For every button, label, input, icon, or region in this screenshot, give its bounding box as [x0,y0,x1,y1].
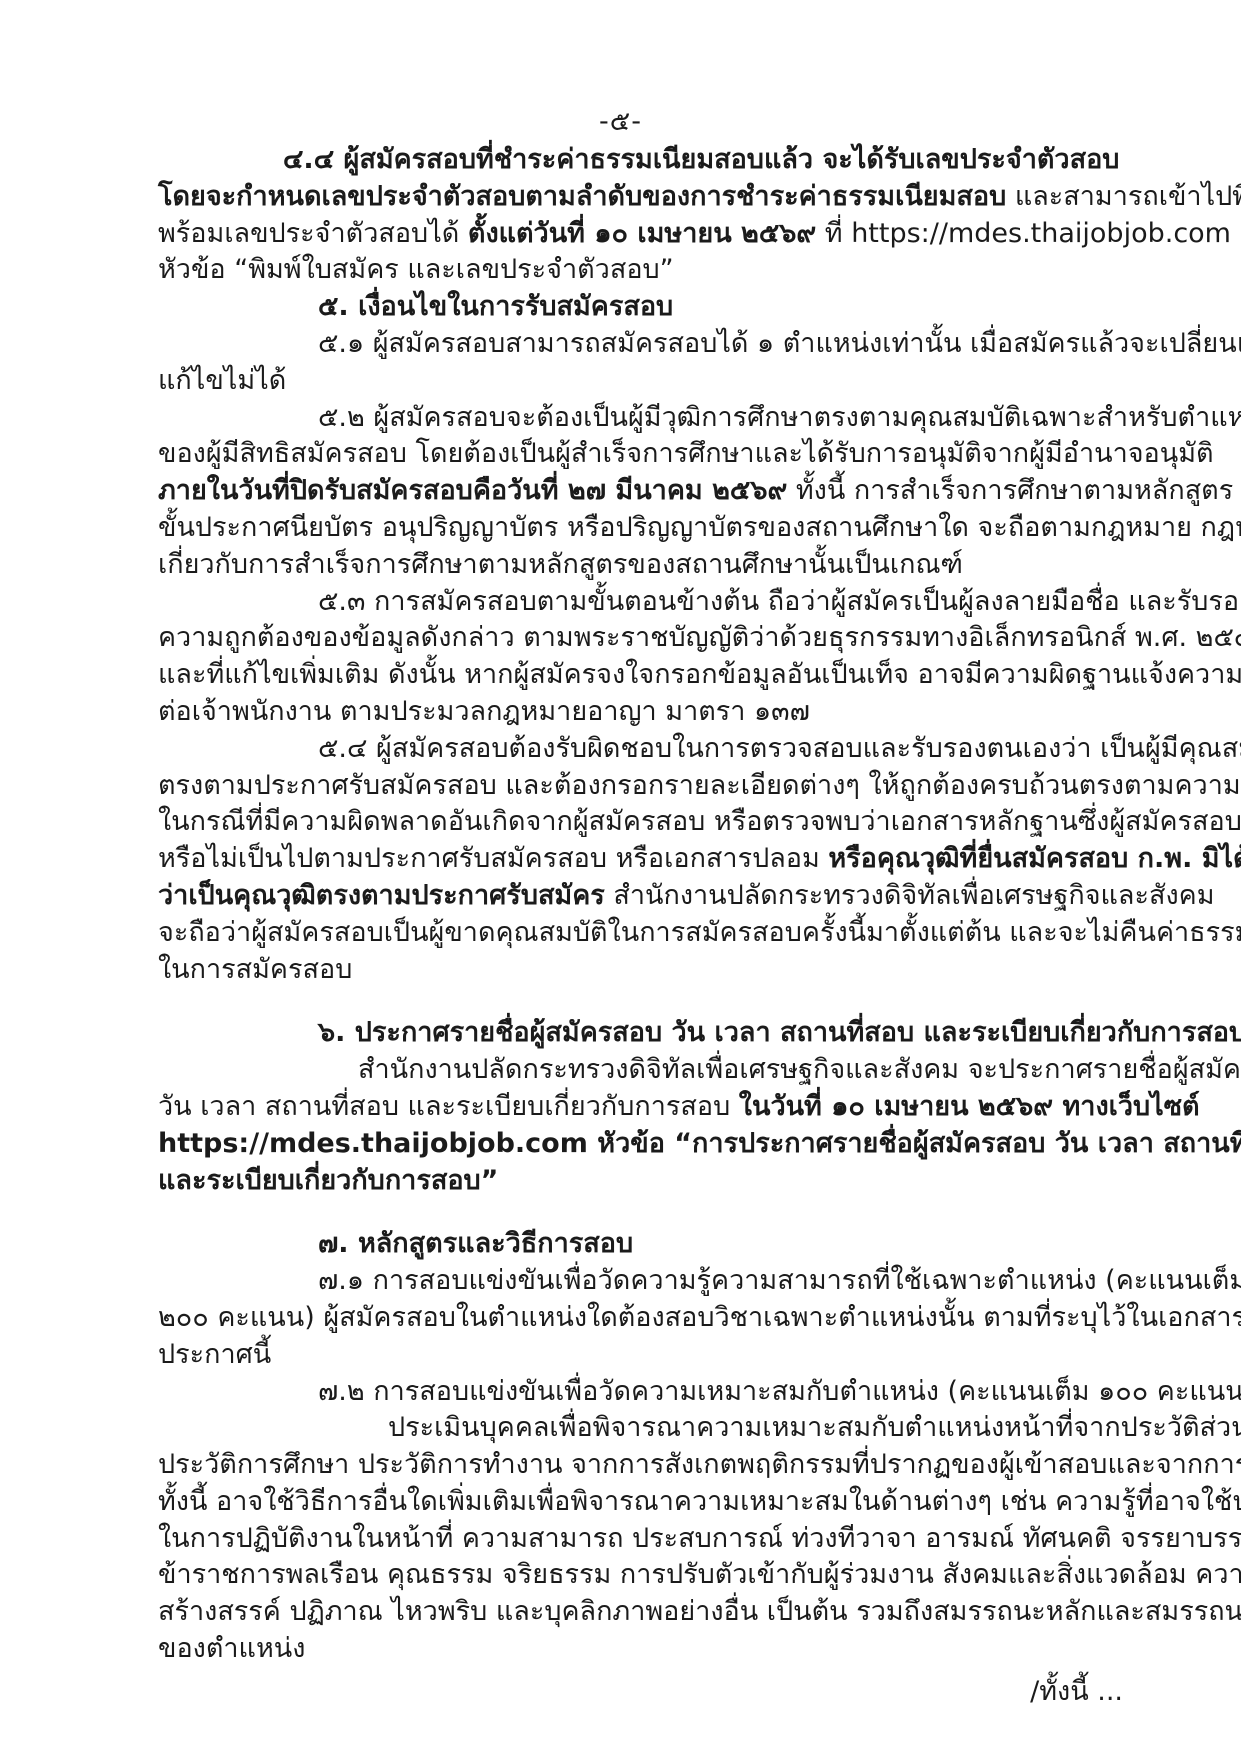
text-run: ในวันที่ ๑๐ เมษายน ๒๕๖๙ ทางเว็บไซต์ [739,1091,1200,1122]
clause-5-3: ๕.๓ การสมัครสอบตามขั้นตอนข้างต้น ถือว่าผ… [158,584,1123,731]
text-line: ภายในวันที่ปิดรับสมัครสอบคือวันที่ ๒๗ มี… [158,473,1123,510]
text-run: ๕. เงื่อนไขในการรับสมัครสอบ [318,291,673,322]
text-run: สำนักงานปลัดกระทรวงดิจิทัลเพื่อเศรษฐกิจแ… [605,880,1215,911]
text-run: ๔.๔ ผู้สมัครสอบที่ชำระค่าธรรมเนียมสอบแล้… [283,144,1119,175]
text-run: จะถือว่าผู้สมัครสอบเป็นผู้ขาดคุณสมบัติใน… [158,917,1241,948]
document-page: -๕- ๔.๔ ผู้สมัครสอบที่ชำระค่าธรรมเนียมสอ… [0,0,1241,1755]
text-run: ขั้นประกาศนียบัตร อนุปริญญาบัตร หรือปริญ… [158,512,1241,543]
text-line: หัวข้อ “พิมพ์ใบสมัคร และเลขประจำตัวสอบ” [158,252,1123,289]
text-line: ๗. หลักสูตรและวิธีการสอบ [158,1226,1123,1263]
text-line: ๒๐๐ คะแนน) ผู้สมัครสอบในตำแหน่งใดต้องสอบ… [158,1300,1123,1337]
clause-5-2: ๕.๒ ผู้สมัครสอบจะต้องเป็นผู้มีวุฒิการศึก… [158,400,1123,584]
text-run: ความถูกต้องของข้อมูลดังกล่าว ตามพระราชบั… [158,622,1241,653]
text-line: พร้อมเลขประจำตัวสอบได้ ตั้งแต่วันที่ ๑๐ … [158,216,1123,253]
text-line: ขั้นประกาศนียบัตร อนุปริญญาบัตร หรือปริญ… [158,510,1123,547]
text-run: หัวข้อ “พิมพ์ใบสมัคร และเลขประจำตัวสอบ” [158,254,674,285]
text-line: สำนักงานปลัดกระทรวงดิจิทัลเพื่อเศรษฐกิจแ… [158,1052,1123,1089]
text-run: ๕.๒ ผู้สมัครสอบจะต้องเป็นผู้มีวุฒิการศึก… [318,402,1241,433]
text-line: สร้างสรรค์ ปฏิภาณ ไหวพริบ และบุคลิกภาพอย… [158,1594,1123,1631]
text-line: /ทั้งนี้ ... [158,1674,1123,1711]
text-line: ว่าเป็นคุณวุฒิตรงตามประกาศรับสมัคร สำนัก… [158,878,1123,915]
text-run: ภายในวันที่ปิดรับสมัครสอบคือวันที่ ๒๗ มี… [158,475,787,506]
text-line: ๕.๓ การสมัครสอบตามขั้นตอนข้างต้น ถือว่าผ… [158,584,1123,621]
text-run: ในการปฏิบัติงานในหน้าที่ ความสามารถ ประส… [158,1523,1241,1554]
text-run: ข้าราชการพลเรือน คุณธรรม จริยธรรม การปรั… [158,1559,1241,1590]
clause-5-1: ๕.๑ ผู้สมัครสอบสามารถสมัครสอบได้ ๑ ตำแหน… [158,326,1123,400]
text-line: ของผู้มีสิทธิสมัครสอบ โดยต้องเป็นผู้สำเร… [158,436,1123,473]
text-line: ประกาศนี้ [158,1337,1123,1374]
text-line: ประเมินบุคคลเพื่อพิจารณาความเหมาะสมกับตำ… [158,1410,1123,1447]
text-run: ๕.๓ การสมัครสอบตามขั้นตอนข้างต้น ถือว่าผ… [318,586,1241,617]
text-line: ความถูกต้องของข้อมูลดังกล่าว ตามพระราชบั… [158,620,1123,657]
url-text: https://mdes.thaijobjob.com [851,218,1231,249]
text-run: โดยจะกำหนดเลขประจำตัวสอบตามลำดับของการชำ… [158,181,1006,212]
section-7-heading: ๗. หลักสูตรและวิธีการสอบ [158,1226,1123,1263]
text-line: และที่แก้ไขเพิ่มเติม ดังนั้น หากผู้สมัคร… [158,657,1123,694]
text-line: ของตำแหน่ง [158,1631,1123,1668]
text-run: ว่าเป็นคุณวุฒิตรงตามประกาศรับสมัคร [158,880,605,911]
text-run: แก้ไขไม่ได้ [158,365,286,396]
text-run: ๒๐๐ คะแนน) ผู้สมัครสอบในตำแหน่งใดต้องสอบ… [158,1302,1241,1333]
clause-4-4: ๔.๔ ผู้สมัครสอบที่ชำระค่าธรรมเนียมสอบแล้… [158,142,1123,289]
text-run: เกี่ยวกับการสำเร็จการศึกษาตามหลักสูตรของ… [158,549,963,580]
text-line: และระเบียบเกี่ยวกับการสอบ” [158,1163,1123,1200]
text-line: ๖. ประกาศรายชื่อผู้สมัครสอบ วัน เวลา สถา… [158,1015,1123,1052]
text-run: ในกรณีที่มีความผิดพลาดอันเกิดจากผู้สมัคร… [158,806,1241,837]
text-line: https://mdes.thaijobjob.com หัวข้อ “การป… [158,1126,1123,1163]
text-line: วัน เวลา สถานที่สอบ และระเบียบเกี่ยวกับก… [158,1089,1123,1126]
text-run: ทั้งนี้ อาจใช้วิธีการอื่นใดเพิ่มเติมเพื่… [158,1486,1241,1517]
text-run: และระเบียบเกี่ยวกับการสอบ” [158,1165,498,1196]
text-run: ประเมินบุคคลเพื่อพิจารณาความเหมาะสมกับตำ… [388,1412,1241,1443]
clause-7-1: ๗.๑ การสอบแข่งขันเพื่อวัดความรู้ความสามา… [158,1263,1123,1373]
text-run: /ทั้งนี้ ... [1030,1676,1123,1707]
text-run: ของผู้มีสิทธิสมัครสอบ โดยต้องเป็นผู้สำเร… [158,438,1214,469]
text-line: ในการปฏิบัติงานในหน้าที่ ความสามารถ ประส… [158,1521,1123,1558]
text-line: ๔.๔ ผู้สมัครสอบที่ชำระค่าธรรมเนียมสอบแล้… [158,142,1123,179]
text-run: ในการสมัครสอบ [158,954,352,985]
text-run: และที่แก้ไขเพิ่มเติม ดังนั้น หากผู้สมัคร… [158,659,1241,690]
text-run: ตั้งแต่วันที่ ๑๐ เมษายน ๒๕๖๙ [468,218,816,249]
text-line: ๕. เงื่อนไขในการรับสมัครสอบ [158,289,1123,326]
text-run: ทั้งนี้ การสำเร็จการศึกษาตามหลักสูตร [787,475,1233,506]
text-run: ของตำแหน่ง [158,1633,305,1664]
text-run: ต่อเจ้าพนักงาน ตามประมวลกฎหมายอาญา มาตรา… [158,696,810,727]
text-run: ๖. ประกาศรายชื่อผู้สมัครสอบ วัน เวลา สถา… [318,1017,1241,1048]
page-number: -๕- [0,102,1241,142]
text-line: ๕.๔ ผู้สมัครสอบต้องรับผิดชอบในการตรวจสอบ… [158,731,1123,768]
document-body: ๔.๔ ผู้สมัครสอบที่ชำระค่าธรรมเนียมสอบแล้… [0,142,1241,1711]
text-line: ๗.๑ การสอบแข่งขันเพื่อวัดความรู้ความสามา… [158,1263,1123,1300]
section-5-heading: ๕. เงื่อนไขในการรับสมัครสอบ [158,289,1123,326]
text-line: แก้ไขไม่ได้ [158,363,1123,400]
section-6-body: สำนักงานปลัดกระทรวงดิจิทัลเพื่อเศรษฐกิจแ… [158,1052,1123,1199]
continuation-mark: /ทั้งนี้ ... [158,1674,1123,1711]
text-line: ข้าราชการพลเรือน คุณธรรม จริยธรรม การปรั… [158,1557,1123,1594]
text-run: สร้างสรรค์ ปฏิภาณ ไหวพริบ และบุคลิกภาพอย… [158,1596,1241,1627]
text-run: พร้อมเลขประจำตัวสอบได้ [158,218,468,249]
text-run: ประกาศนี้ [158,1339,271,1370]
text-line: ตรงตามประกาศรับสมัครสอบ และต้องกรอกรายละ… [158,768,1123,805]
text-line: จะถือว่าผู้สมัครสอบเป็นผู้ขาดคุณสมบัติใน… [158,915,1123,952]
text-run: สำนักงานปลัดกระทรวงดิจิทัลเพื่อเศรษฐกิจแ… [358,1054,1241,1085]
text-line: ประวัติการศึกษา ประวัติการทำงาน จากการสั… [158,1447,1123,1484]
text-line: ต่อเจ้าพนักงาน ตามประมวลกฎหมายอาญา มาตรา… [158,694,1123,731]
text-run: หรือคุณวุฒิที่ยื่นสมัครสอบ ก.พ. มิได้รับ… [828,843,1241,874]
text-line: ๕.๑ ผู้สมัครสอบสามารถสมัครสอบได้ ๑ ตำแหน… [158,326,1123,363]
text-line: หรือไม่เป็นไปตามประกาศรับสมัครสอบ หรือเอ… [158,841,1123,878]
section-6-heading: ๖. ประกาศรายชื่อผู้สมัครสอบ วัน เวลา สถา… [158,1015,1123,1052]
clause-7-2: ๗.๒ การสอบแข่งขันเพื่อวัดความเหมาะสมกับต… [158,1374,1123,1411]
text-line: ๗.๒ การสอบแข่งขันเพื่อวัดความเหมาะสมกับต… [158,1374,1123,1411]
clause-7-2-body: ประเมินบุคคลเพื่อพิจารณาความเหมาะสมกับตำ… [158,1410,1123,1668]
text-run: ตรงตามประกาศรับสมัครสอบ และต้องกรอกรายละ… [158,770,1241,801]
text-run: ที่ [816,218,851,249]
text-line: ในกรณีที่มีความผิดพลาดอันเกิดจากผู้สมัคร… [158,804,1123,841]
clause-5-4: ๕.๔ ผู้สมัครสอบต้องรับผิดชอบในการตรวจสอบ… [158,731,1123,989]
text-run: และสามารถเข้าไปพิมพ์ใบสมัคร [1006,181,1241,212]
text-line: ๕.๒ ผู้สมัครสอบจะต้องเป็นผู้มีวุฒิการศึก… [158,400,1123,437]
text-run: หัวข้อ “การประกาศรายชื่อผู้สมัครสอบ วัน … [588,1128,1241,1159]
text-run: หรือไม่เป็นไปตามประกาศรับสมัครสอบ หรือเอ… [158,843,828,874]
text-run: ๕.๔ ผู้สมัครสอบต้องรับผิดชอบในการตรวจสอบ… [318,733,1241,764]
url-text: https://mdes.thaijobjob.com [158,1128,588,1159]
text-line: โดยจะกำหนดเลขประจำตัวสอบตามลำดับของการชำ… [158,179,1123,216]
text-line: เกี่ยวกับการสำเร็จการศึกษาตามหลักสูตรของ… [158,547,1123,584]
text-run: ๗.๒ การสอบแข่งขันเพื่อวัดความเหมาะสมกับต… [318,1376,1241,1407]
text-run: ๗.๑ การสอบแข่งขันเพื่อวัดความรู้ความสามา… [318,1265,1241,1296]
text-run: ๕.๑ ผู้สมัครสอบสามารถสมัครสอบได้ ๑ ตำแหน… [318,328,1241,359]
text-run: ประวัติการศึกษา ประวัติการทำงาน จากการสั… [158,1449,1241,1480]
text-line: ในการสมัครสอบ [158,952,1123,989]
text-run: วัน เวลา สถานที่สอบ และระเบียบเกี่ยวกับก… [158,1091,739,1122]
text-run: ๗. หลักสูตรและวิธีการสอบ [318,1228,633,1259]
text-line: ทั้งนี้ อาจใช้วิธีการอื่นใดเพิ่มเติมเพื่… [158,1484,1123,1521]
